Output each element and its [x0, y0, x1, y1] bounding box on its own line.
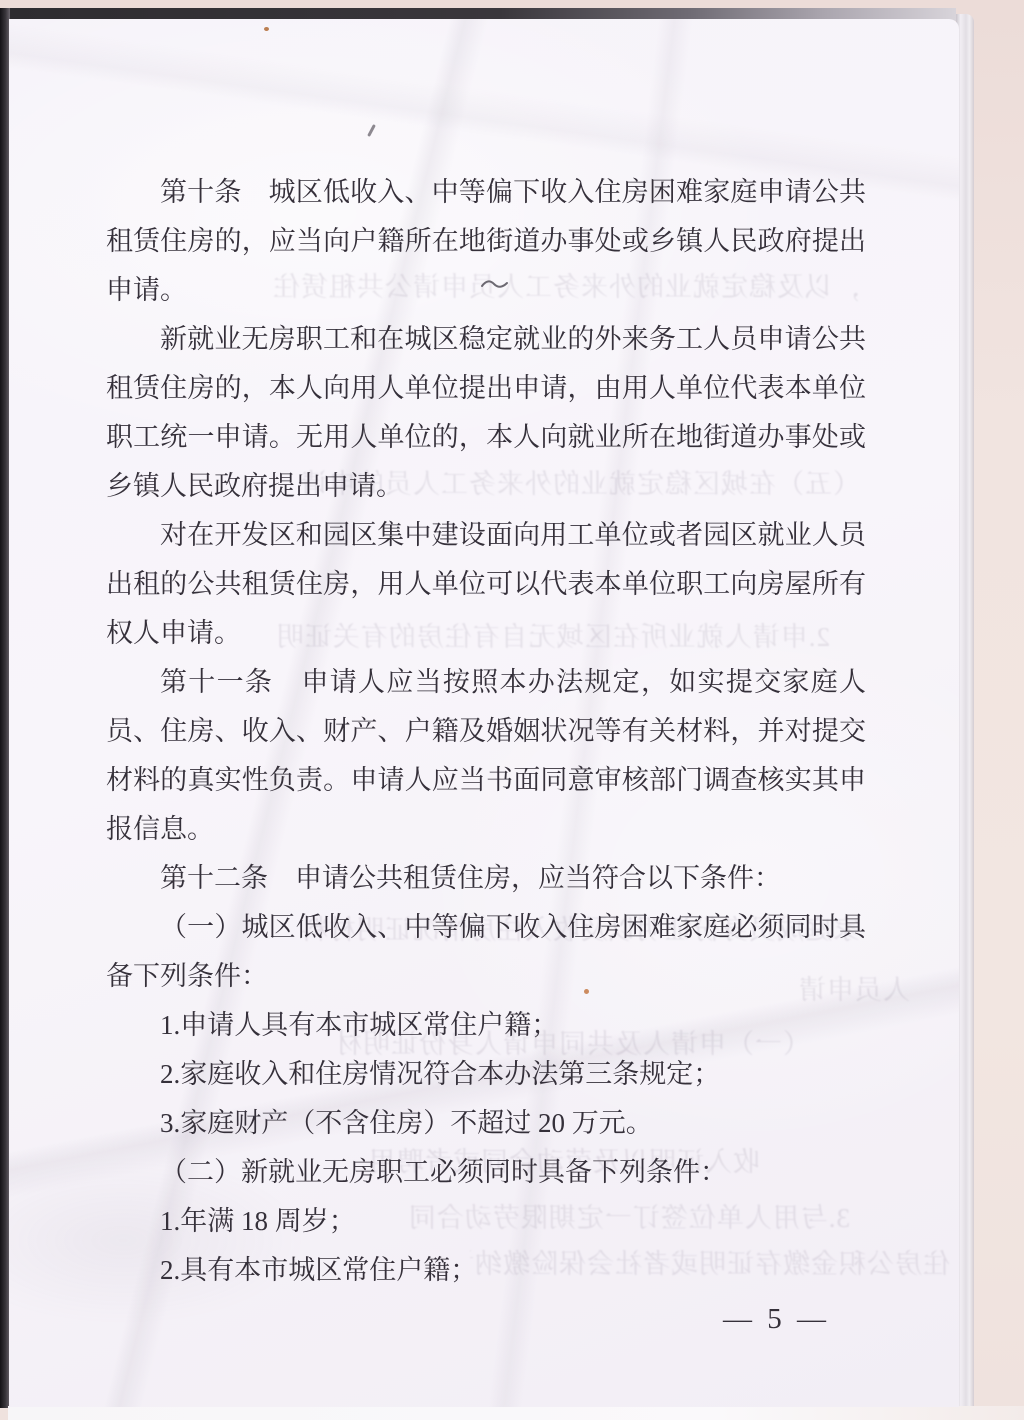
paragraph-article-11: 第十一条 申请人应当按照本办法规定，如实提交家庭人员、住房、收入、财产、户籍及婚… — [106, 658, 866, 854]
stain-dot — [584, 989, 589, 994]
list-item-1-1: 1.申请人具有本市城区常住户籍； — [106, 1001, 866, 1050]
list-item-1-2: 2.家庭收入和住房情况符合本办法第三条规定； — [106, 1050, 866, 1099]
scanned-document-page: ，以及稳定就业的外来务工人员申请公共租赁住 （五）在城区稳定就业的外来务工人员的… — [0, 0, 1024, 1420]
list-item-1-3: 3.家庭财产（不含住房）不超过 20 万元。 — [106, 1099, 866, 1148]
page-number: — 5 — — [106, 1295, 866, 1344]
paper-bottom-next-sheet — [8, 1406, 1024, 1420]
paragraph-article-10: 第十条 城区低收入、中等偏下收入住房困难家庭申请公共租赁住房的，应当向户籍所在地… — [106, 168, 866, 315]
list-item-2-1: 1.年满 18 周岁； — [106, 1197, 866, 1246]
list-item-2-2: 2.具有本市城区常住户籍； — [106, 1246, 866, 1295]
list-item-category-2: （二）新就业无房职工必须同时具备下列条件： — [106, 1148, 866, 1197]
list-item-category-1: （一）城区低收入、中等偏下收入住房困难家庭必须同时具备下列条件： — [106, 903, 866, 1001]
paragraph-new-workers-apply: 新就业无房职工和在城区稳定就业的外来务工人员申请公共租赁住房的，本人向用人单位提… — [106, 315, 866, 511]
paragraph-dev-zone-housing: 对在开发区和园区集中建设面向用工单位或者园区就业人员出租的公共租赁住房，用人单位… — [106, 511, 866, 658]
paragraph-article-12: 第十二条 申请公共租赁住房，应当符合以下条件： — [106, 854, 866, 903]
ink-squiggle-mark — [480, 276, 510, 292]
document-body-text: 第十条 城区低收入、中等偏下收入住房困难家庭申请公共租赁住房的，应当向户籍所在地… — [106, 168, 866, 1344]
stain-dot — [264, 27, 269, 31]
